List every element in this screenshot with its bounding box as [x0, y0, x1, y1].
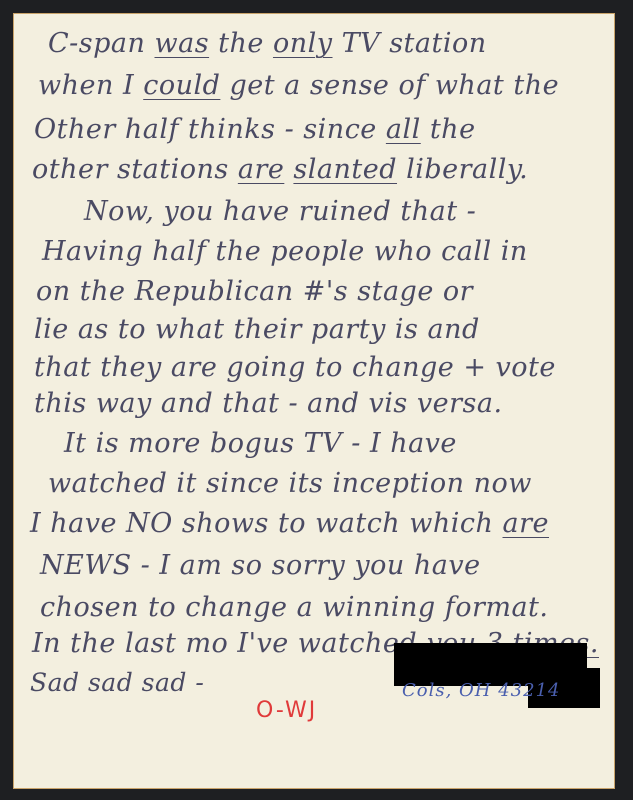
underlined-word: are [238, 154, 284, 185]
text-span: I have NO shows to watch which [30, 508, 503, 539]
letter-line-7: on the Republican #'s stage or [36, 276, 473, 307]
underlined-word: only [273, 28, 333, 59]
letter-line-2: when I could get a sense of what the [38, 70, 559, 101]
underlined-word: was [155, 28, 210, 59]
letter-line-12: watched it since its inception now [48, 468, 532, 499]
letter-line-14: NEWS - I am so sorry you have [40, 550, 481, 581]
underlined-word: all [386, 114, 421, 145]
letter-line-17: Sad sad sad - [30, 668, 204, 697]
underlined-word: slanted [293, 154, 397, 185]
text-span: C-span [48, 28, 155, 59]
text-span: other stations [32, 154, 238, 185]
text-span: liberally. [397, 154, 528, 185]
underlined-word: are [503, 508, 549, 539]
text-span: TV station [333, 28, 487, 59]
text-span: when I [38, 70, 143, 101]
letter-line-5: Now, you have ruined that - [84, 196, 476, 227]
letter-line-11: It is more bogus TV - I have [64, 428, 457, 459]
text-span: get a sense of what the [220, 70, 559, 101]
text-span: the [421, 114, 476, 145]
text-span: the [209, 28, 273, 59]
underlined-word: could [143, 70, 220, 101]
letter-line-9: that they are going to change + vote [34, 352, 556, 383]
sender-address: Cols, OH 43214 [402, 680, 560, 701]
letter-line-8: lie as to what their party is and [34, 314, 480, 345]
letter-line-6: Having half the people who call in [42, 236, 528, 267]
letter-line-15: chosen to change a winning format. [40, 592, 548, 623]
redaction-block [586, 668, 600, 708]
letter-line-4: other stations are slanted liberally. [32, 154, 528, 185]
text-span: Other half thinks - since [34, 114, 386, 145]
letter-line-10: this way and that - and vis versa. [34, 388, 503, 419]
letter-line-3: Other half thinks - since all the [34, 114, 476, 145]
letter-line-13: I have NO shows to watch which are [30, 508, 549, 539]
office-routing-mark: O-WJ [256, 698, 317, 723]
letter-line-1: C-span was the only TV station [48, 28, 487, 59]
document-frame: C-span was the only TV station when I co… [0, 0, 633, 800]
